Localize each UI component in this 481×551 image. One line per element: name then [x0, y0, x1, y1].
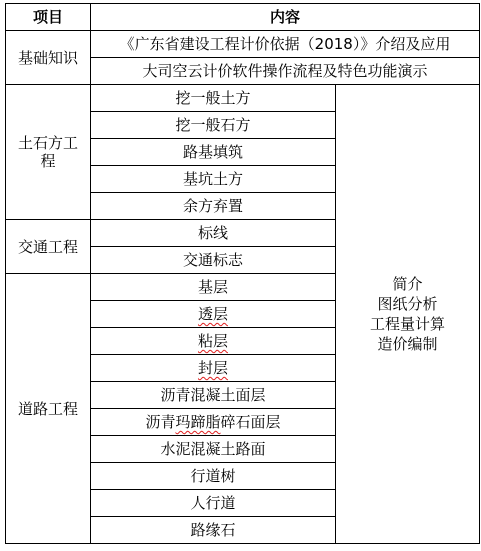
item-cell: 人行道 [91, 490, 336, 517]
spellcheck-flagged-text: 封层 [198, 359, 228, 377]
topic-text: 工程量计算 [336, 314, 479, 334]
topics-cell: 简介 图纸分析 工程量计算 造价编制 [336, 85, 480, 544]
spellcheck-flagged-text: 玛蹄脂 [175, 413, 220, 431]
item-text: 水泥混凝土路面 [160, 440, 265, 458]
item-text: 人行道 [190, 494, 235, 512]
item-cell: 沥青混凝土面层 [91, 382, 336, 409]
header-project: 项目 [6, 4, 91, 31]
item-cell: 交通标志 [91, 247, 336, 274]
item-cell: 封层 [91, 355, 336, 382]
item-cell: 余方弃置 [91, 193, 336, 220]
item-text: 碎石面层 [221, 413, 281, 431]
item-cell: 路缘石 [91, 517, 336, 544]
item-cell: 行道树 [91, 463, 336, 490]
topic-text: 图纸分析 [336, 294, 479, 314]
header-content: 内容 [91, 4, 480, 31]
category-cell: 交通工程 [6, 220, 91, 274]
topic-text: 简介 [336, 274, 479, 294]
item-text: 沥青混凝土面层 [160, 386, 265, 404]
item-cell: 基坑土方 [91, 166, 336, 193]
item-cell: 水泥混凝土路面 [91, 436, 336, 463]
table-row: 土石方工程 挖一般土方 简介 图纸分析 工程量计算 造价编制 [6, 85, 480, 112]
spellcheck-flagged-text: 透层 [198, 305, 228, 323]
table-row: 基础知识 《广东省建设工程计价依据（2018）》介绍及应用 [6, 31, 480, 58]
item-cell: 《广东省建设工程计价依据（2018）》介绍及应用 [91, 31, 480, 58]
header-row: 项目 内容 [6, 4, 480, 31]
item-cell: 挖一般土方 [91, 85, 336, 112]
item-cell: 挖一般石方 [91, 112, 336, 139]
category-cell: 道路工程 [6, 274, 91, 544]
course-content-table: 项目 内容 基础知识 《广东省建设工程计价依据（2018）》介绍及应用 大司空云… [5, 3, 480, 544]
topic-text: 造价编制 [336, 334, 479, 354]
category-cell: 土石方工程 [6, 85, 91, 220]
item-cell: 沥青玛蹄脂碎石面层 [91, 409, 336, 436]
item-text: 基层 [198, 278, 228, 296]
item-text: 沥青 [145, 413, 175, 431]
item-cell: 基层 [91, 274, 336, 301]
item-cell: 路基填筑 [91, 139, 336, 166]
item-text: 行道树 [190, 467, 235, 485]
item-cell: 透层 [91, 301, 336, 328]
spellcheck-flagged-text: 粘层 [198, 332, 228, 350]
category-cell: 基础知识 [6, 31, 91, 85]
item-cell: 粘层 [91, 328, 336, 355]
item-cell: 大司空云计价软件操作流程及特色功能演示 [91, 58, 480, 85]
item-cell: 标线 [91, 220, 336, 247]
item-text: 路缘石 [190, 521, 235, 539]
